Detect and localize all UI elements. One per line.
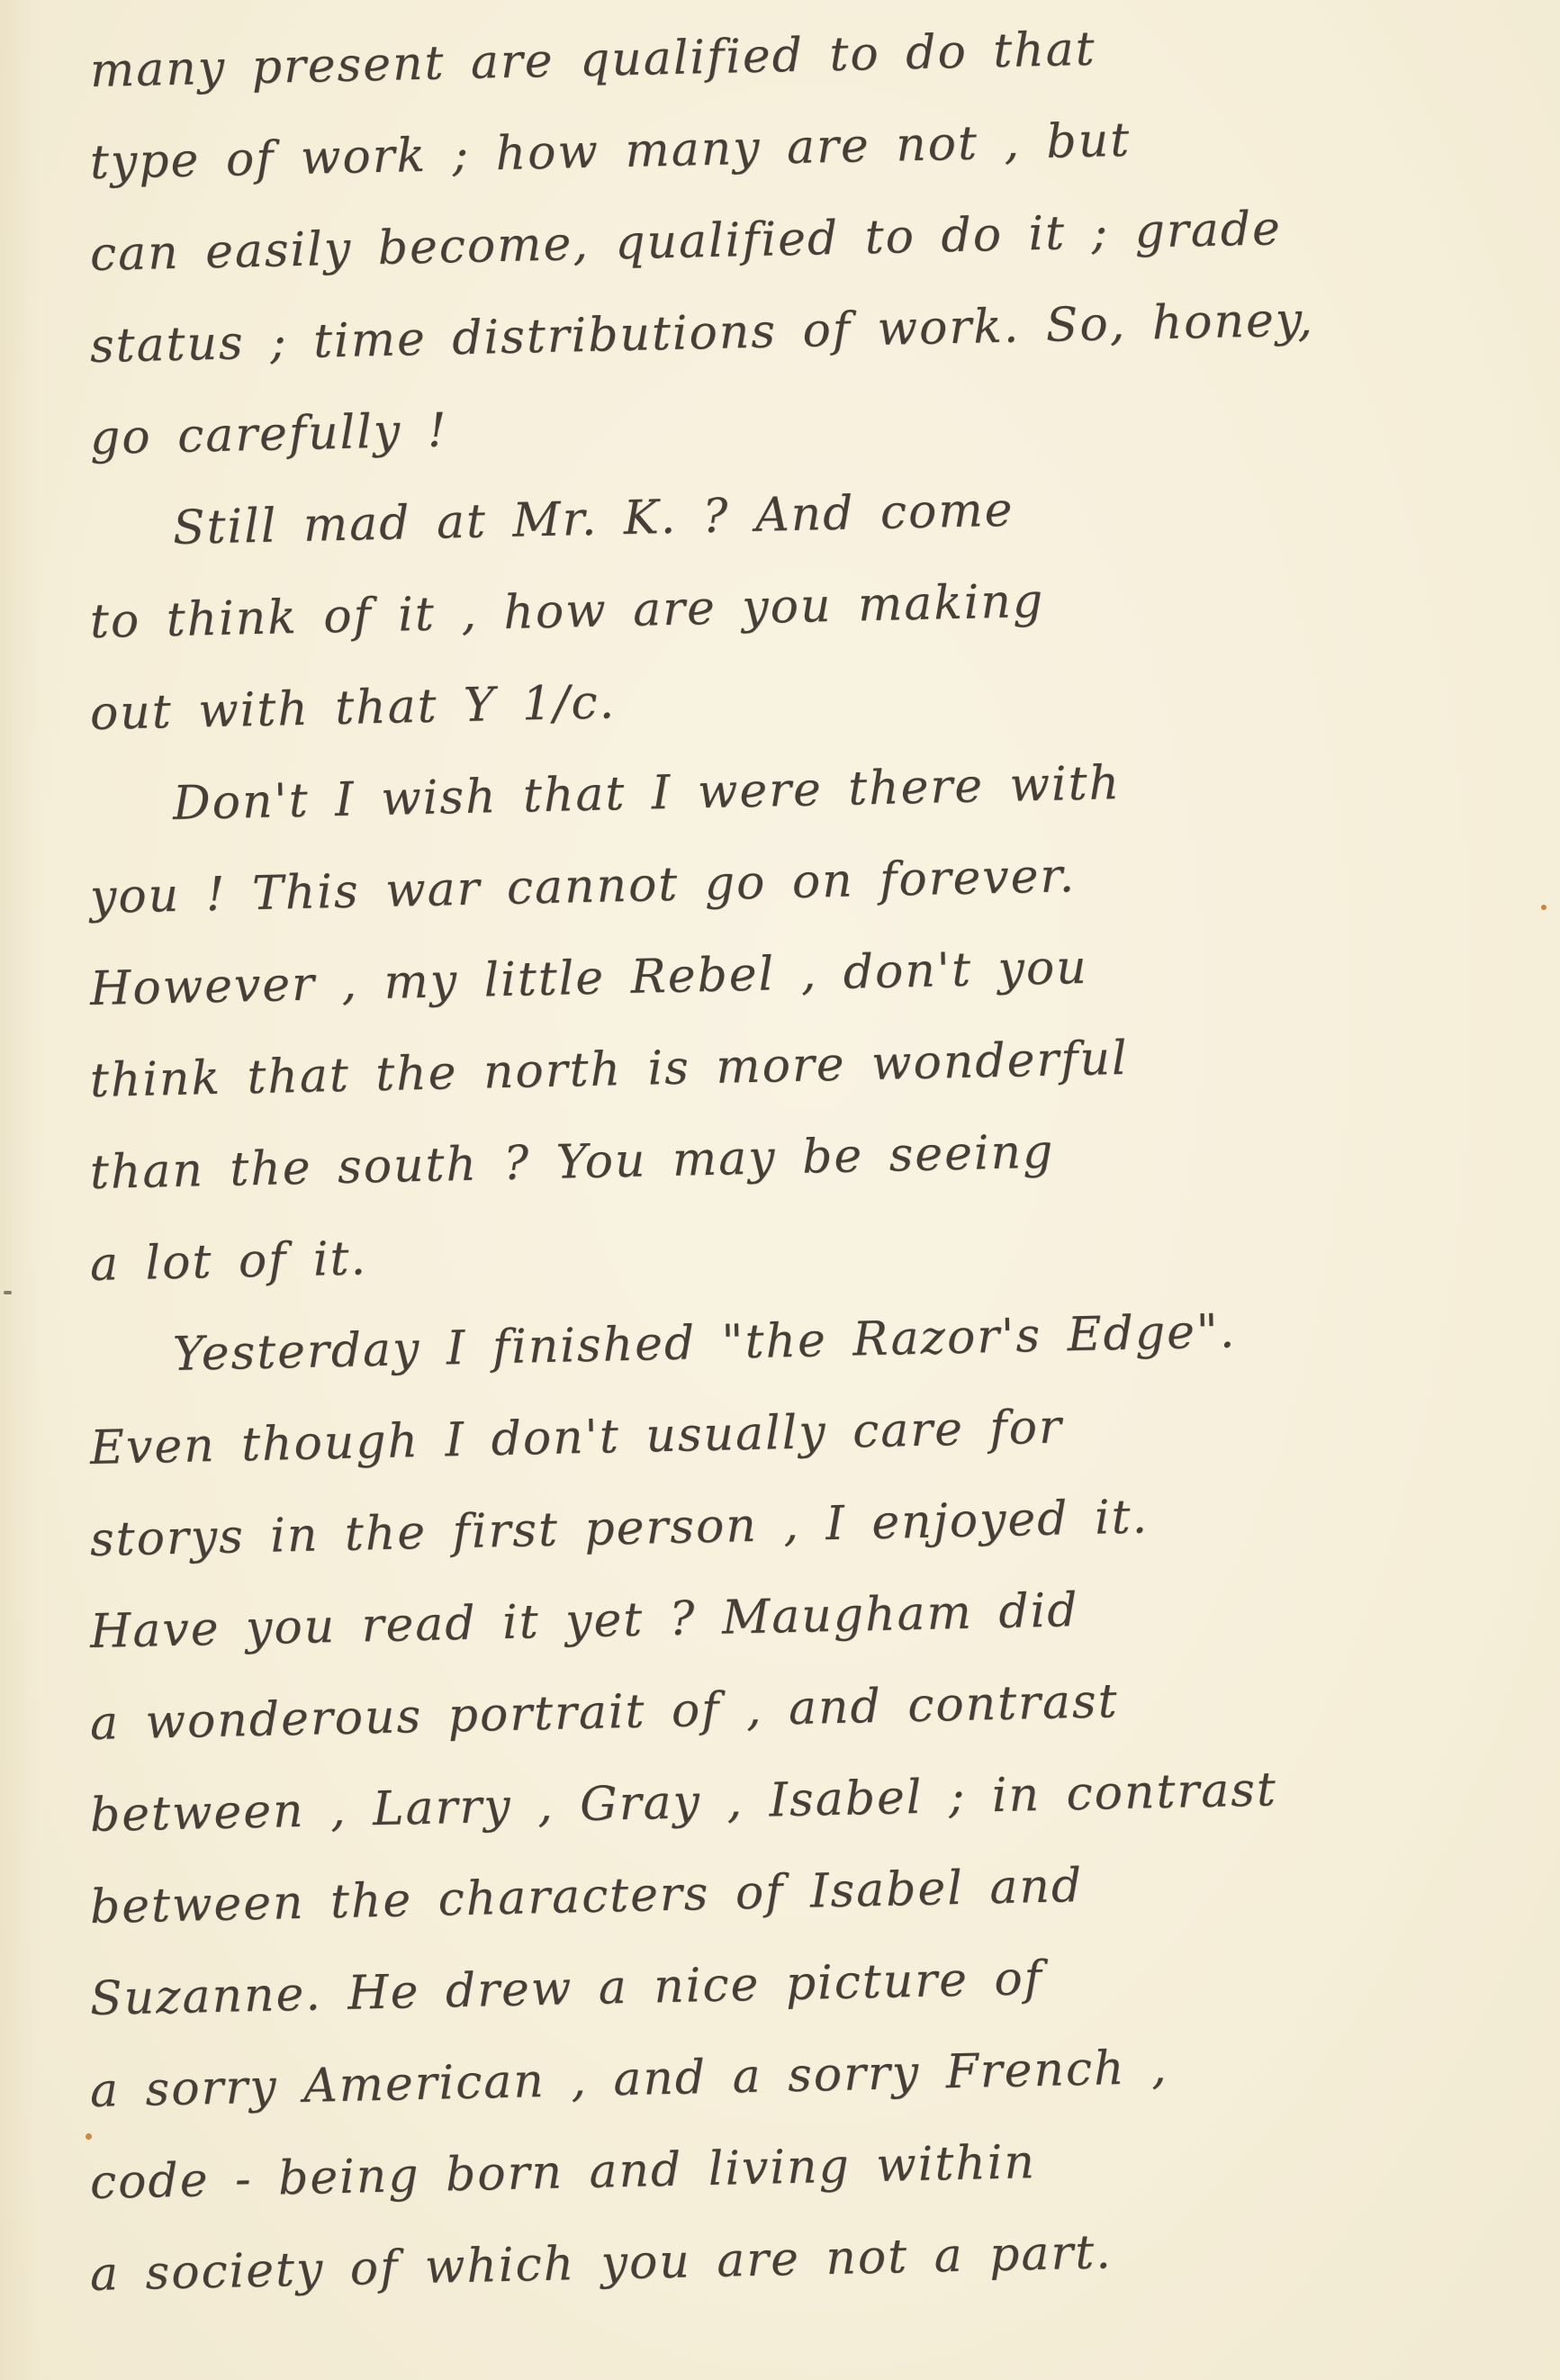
letter-text-block: many present are qualified to do thattyp… xyxy=(90,25,1551,2321)
paper-speck xyxy=(1541,905,1546,910)
letter-page: many present are qualified to do thattyp… xyxy=(0,0,1560,2380)
paper-speck xyxy=(4,1291,12,1294)
paper-speck xyxy=(86,2133,92,2140)
